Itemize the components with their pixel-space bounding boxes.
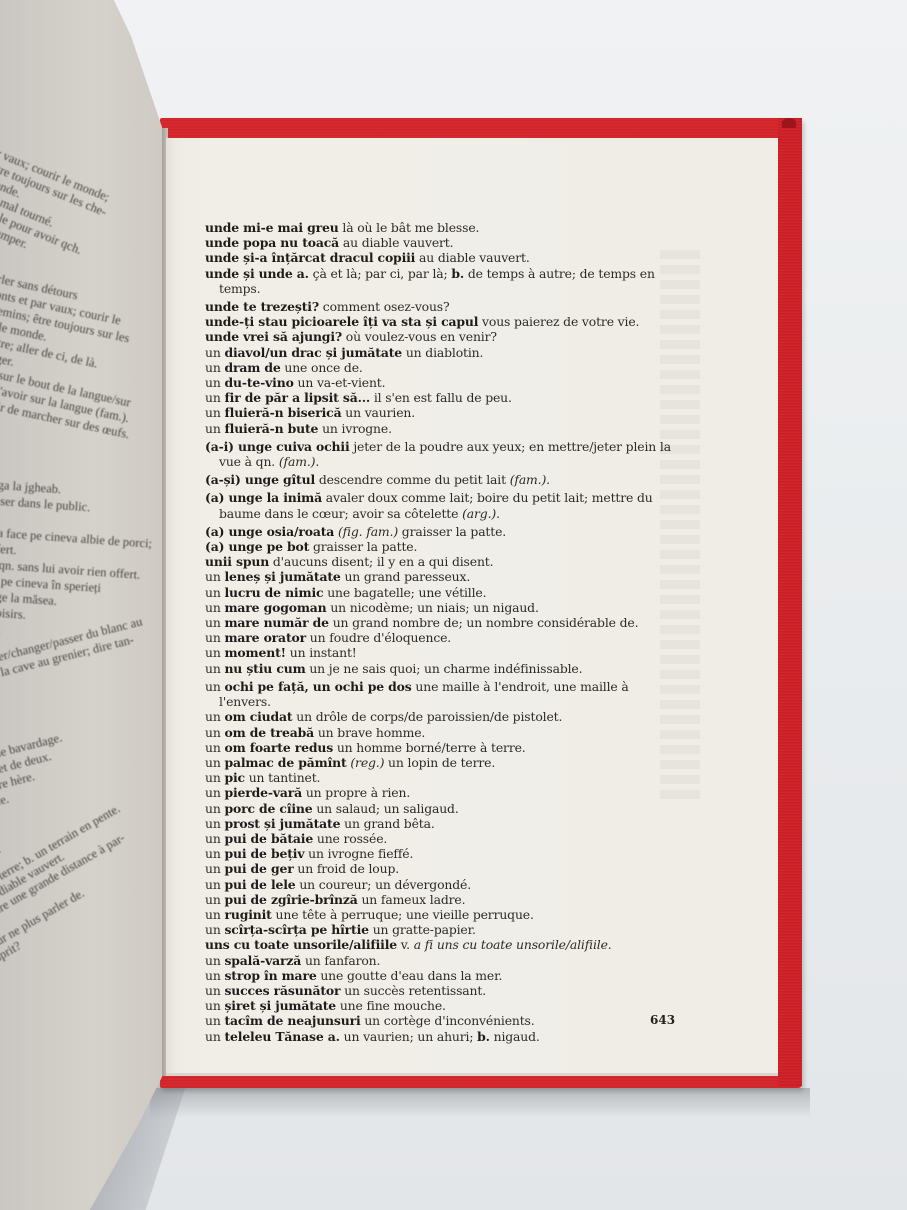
entry-headword: mare număr de — [224, 615, 328, 630]
entry-prefix: un — [205, 679, 224, 694]
dictionary-entry: un pui de bețiv un ivrogne fieffé. — [205, 846, 675, 861]
dictionary-entry: (a) unge pe bot graisser la patte. — [205, 539, 675, 554]
entry-headword: om de treabă — [224, 725, 314, 740]
dictionary-entry: un pierde-vară un propre à rien. — [205, 785, 675, 800]
entry-prefix: un — [205, 846, 224, 861]
dictionary-entry: un ochi pe față, un ochi pe dos une mail… — [205, 679, 675, 709]
entry-prefix: un — [205, 1029, 224, 1044]
entry-headword: (a) unge pe bot — [205, 539, 309, 554]
dictionary-entry: unde-ți stau picioarele îți va sta și ca… — [205, 314, 675, 329]
entry-translation: descendre comme du petit lait — [315, 472, 510, 487]
dictionary-entry: un fluieră-n biserică un vaurien. — [205, 405, 675, 420]
entry-translation: une fine mouche. — [336, 998, 446, 1013]
dictionary-entry: un spală-varză un fanfaron. — [205, 953, 675, 968]
entry-headword: pui de bătaie — [224, 831, 313, 846]
entry-prefix: un — [205, 983, 224, 998]
dictionary-entry: un șiret și jumătate une fine mouche. — [205, 998, 675, 1013]
entry-translation: v. — [397, 937, 414, 952]
entry-prefix: un — [205, 953, 224, 968]
entry-prefix: un — [205, 831, 224, 846]
dictionary-entry: un palmac de pămînt (reg.) un lopin de t… — [205, 755, 675, 770]
entry-headword: (a) unge la inimă — [205, 490, 322, 505]
dictionary-entry: uns cu toate unsorile/alifiile v. a fi u… — [205, 937, 675, 952]
dictionary-entry: un dram de une once de. — [205, 360, 675, 375]
entry-translation: un succès retentissant. — [340, 983, 486, 998]
entry-prefix: un — [205, 907, 224, 922]
dictionary-entry: un fluieră-n bute un ivrogne. — [205, 421, 675, 436]
dictionary-entry: un mare gogoman un nicodème; un niais; u… — [205, 600, 675, 615]
left-page-text: par vaux; courir le monde;; être toujour… — [0, 140, 156, 972]
entry-headword: lucru de nimic — [224, 585, 323, 600]
entry-translation-cont: . — [496, 506, 500, 521]
dictionary-entry: (a) unge la inimă avaler doux comme lait… — [205, 490, 675, 520]
dictionary-entry: un porc de cîine un salaud; un saligaud. — [205, 801, 675, 816]
dictionary-entry: un pic un tantinet. — [205, 770, 675, 785]
entry-headword: succes răsunător — [224, 983, 340, 998]
entry-translation: un vaurien. — [341, 405, 415, 420]
entry-prefix: un — [205, 421, 224, 436]
entry-usage-label: a fi uns cu toate unsorile/alifiile — [414, 937, 608, 952]
dictionary-entry: un mare orator un foudre d'éloquence. — [205, 630, 675, 645]
dictionary-entry: un prost și jumătate un grand bêta. — [205, 816, 675, 831]
entry-translation-cont: . — [315, 454, 319, 469]
entry-translation-cont: . — [546, 472, 550, 487]
entry-translation: un va-et-vient. — [294, 375, 386, 390]
entry-headword: mare gogoman — [224, 600, 326, 615]
dictionary-entry: unde și unde a. çà et là; par ci, par là… — [205, 266, 675, 296]
entry-headword: (a-și) unge gîtul — [205, 472, 315, 487]
entry-translation-cont: nigaud. — [490, 1029, 540, 1044]
entry-prefix: un — [205, 360, 224, 375]
entry-usage-label: (reg.) — [350, 755, 384, 770]
entry-translation: une once de. — [281, 360, 363, 375]
entry-headword: tacîm de neajunsuri — [224, 1013, 360, 1028]
entry-prefix: un — [205, 785, 224, 800]
dictionary-entry: unii spun d'aucuns disent; il y en a qui… — [205, 554, 675, 569]
entry-headword: unde te trezești? — [205, 299, 319, 314]
dictionary-entry: un pui de bătaie une rossée. — [205, 831, 675, 846]
entry-translation: une tête à perruque; une vieille perruqu… — [272, 907, 534, 922]
dictionary-entry: un diavol/un drac și jumătate un diablot… — [205, 345, 675, 360]
entry-translation-cont: graisser la patte. — [398, 524, 506, 539]
entry-headword: pui de ger — [224, 861, 293, 876]
entry-usage-label: (fam.) — [510, 472, 546, 487]
dictionary-entries: unde mi-e mai greu là où le bât me bless… — [205, 220, 675, 1044]
entry-headword: pic — [224, 770, 244, 785]
entry-headword: om ciudat — [224, 709, 292, 724]
entry-headword: șiret și jumătate — [224, 998, 336, 1013]
entry-headword: pui de lele — [224, 877, 295, 892]
entry-translation-cont: un lopin de terre. — [384, 755, 495, 770]
entry-headword: spală-varză — [224, 953, 301, 968]
entry-headword: uns cu toate unsorile/alifiile — [205, 937, 397, 952]
dictionary-entry: un moment! un instant! — [205, 645, 675, 660]
entry-headword: teleleu Tănase a. — [224, 1029, 339, 1044]
entry-translation: un nicodème; un niais; un nigaud. — [327, 600, 539, 615]
dictionary-entry: unde popa nu toacă au diable vauvert. — [205, 235, 675, 250]
entry-prefix: un — [205, 615, 224, 630]
dictionary-entry: un pui de zgîrie-brînză un fameux ladre. — [205, 892, 675, 907]
dictionary-entry: un om de treabă un brave homme. — [205, 725, 675, 740]
entry-prefix: un — [205, 630, 224, 645]
entry-translation: une rossée. — [313, 831, 387, 846]
entry-prefix: un — [205, 709, 224, 724]
entry-prefix: un — [205, 661, 224, 676]
entry-headword: fluieră-n biserică — [224, 405, 341, 420]
dictionary-entry: un fir de păr a lipsit să... il s'en est… — [205, 390, 675, 405]
entry-translation: un grand paresseux. — [341, 569, 470, 584]
entry-prefix: un — [205, 375, 224, 390]
dictionary-entry: un succes răsunător un succès retentissa… — [205, 983, 675, 998]
entry-headword: pierde-vară — [224, 785, 302, 800]
entry-usage-label: (fam.) — [279, 454, 315, 469]
entry-prefix: un — [205, 1013, 224, 1028]
entry-translation: il s'en est fallu de peu. — [370, 390, 512, 405]
book-cover-edge — [778, 118, 802, 1086]
entry-headword: unde și unde a. — [205, 266, 309, 281]
entry-translation: vous paierez de votre vie. — [478, 314, 639, 329]
entry-headword: om foarte redus — [224, 740, 333, 755]
entry-translation: un fanfaron. — [301, 953, 380, 968]
entry-headword: nu știu cum — [224, 661, 305, 676]
entry-translation: un tantinet. — [245, 770, 320, 785]
entry-headword: moment! — [224, 645, 286, 660]
entry-prefix: un — [205, 770, 224, 785]
dictionary-entry: unde mi-e mai greu là où le bât me bless… — [205, 220, 675, 235]
entry-headword: diavol/un drac și jumătate — [224, 345, 402, 360]
dictionary-entry: unde vrei să ajungi? où voulez-vous en v… — [205, 329, 675, 344]
dictionary-entry: (a) unge osia/roata (fig. fam.) graisser… — [205, 524, 675, 539]
entry-headword: ochi pe față, un ochi pe dos — [224, 679, 411, 694]
entry-headword: leneș și jumătate — [224, 569, 340, 584]
entry-translation: un grand nombre de; un nombre considérab… — [329, 615, 638, 630]
dictionary-entry: un mare număr de un grand nombre de; un … — [205, 615, 675, 630]
dictionary-entry: un nu știu cum un je ne sais quoi; un ch… — [205, 661, 675, 676]
entry-prefix: un — [205, 345, 224, 360]
entry-headword: unii spun — [205, 554, 269, 569]
entry-prefix: un — [205, 801, 224, 816]
entry-headword: unde popa nu toacă — [205, 235, 339, 250]
dictionary-entry: unde te trezești? comment osez-vous? — [205, 299, 675, 314]
entry-headword: fluieră-n bute — [224, 421, 318, 436]
entry-translation: un drôle de corps/de paroissien/de pisto… — [292, 709, 562, 724]
entry-headword: unde vrei să ajungi? — [205, 329, 342, 344]
entry-headword: dram de — [224, 360, 280, 375]
entry-prefix: un — [205, 968, 224, 983]
dictionary-entry: un lucru de nimic une bagatelle; une vét… — [205, 585, 675, 600]
entry-headword: (a-i) unge cuiva ochii — [205, 439, 350, 454]
dictionary-entry: un om ciudat un drôle de corps/de parois… — [205, 709, 675, 724]
entry-prefix: un — [205, 755, 224, 770]
entry-usage-label: (fig. fam.) — [338, 524, 398, 539]
dictionary-entry: un du-te-vino un va-et-vient. — [205, 375, 675, 390]
cover-corner — [782, 118, 796, 128]
entry-prefix: un — [205, 405, 224, 420]
entry-translation: un grand bêta. — [340, 816, 434, 831]
entry-headword: ruginit — [224, 907, 271, 922]
entry-translation: un foudre d'éloquence. — [306, 630, 451, 645]
entry-translation: une bagatelle; une vétille. — [323, 585, 486, 600]
entry-translation: une goutte d'eau dans la mer. — [317, 968, 503, 983]
entry-headword: scîrța-scîrța pe hîrtie — [224, 922, 368, 937]
entry-translation: un brave homme. — [314, 725, 425, 740]
entry-translation: un fameux ladre. — [358, 892, 466, 907]
entry-translation: un vaurien; un ahuri; — [340, 1029, 477, 1044]
entry-headword: (a) unge osia/roata — [205, 524, 334, 539]
entry-prefix: un — [205, 998, 224, 1013]
entry-translation: au diable vauvert. — [415, 250, 529, 265]
entry-prefix: un — [205, 725, 224, 740]
entry-prefix: un — [205, 892, 224, 907]
entry-prefix: un — [205, 877, 224, 892]
dictionary-entry: un pui de ger un froid de loup. — [205, 861, 675, 876]
entry-translation: comment osez-vous? — [319, 299, 450, 314]
entry-headword: fir de păr a lipsit să... — [224, 390, 370, 405]
dictionary-entry: (a-și) unge gîtul descendre comme du pet… — [205, 472, 675, 487]
dictionary-entry: unde și-a înțărcat dracul copiii au diab… — [205, 250, 675, 265]
entry-prefix: un — [205, 816, 224, 831]
entry-prefix: un — [205, 645, 224, 660]
entry-prefix: un — [205, 390, 224, 405]
entry-headword: pui de zgîrie-brînză — [224, 892, 357, 907]
entry-headword: strop în mare — [224, 968, 316, 983]
dictionary-entry: (a-i) unge cuiva ochii jeter de la poudr… — [205, 439, 675, 469]
dictionary-entry: un om foarte redus un homme borné/terre … — [205, 740, 675, 755]
entry-prefix: un — [205, 861, 224, 876]
dictionary-entry: un teleleu Tănase a. un vaurien; un ahur… — [205, 1029, 675, 1044]
entry-prefix: un — [205, 922, 224, 937]
entry-headword: palmac de pămînt — [224, 755, 346, 770]
entry-sense-marker: b. — [451, 266, 464, 281]
entry-headword: prost și jumătate — [224, 816, 340, 831]
entry-translation: au diable vauvert. — [339, 235, 453, 250]
entry-translation: un propre à rien. — [302, 785, 410, 800]
entry-translation: un cortège d'inconvénients. — [361, 1013, 535, 1028]
dictionary-entry: un scîrța-scîrța pe hîrtie un gratte-pap… — [205, 922, 675, 937]
dictionary-entry: un pui de lele un coureur; un dévergondé… — [205, 877, 675, 892]
left-page-curled: par vaux; courir le monde;; être toujour… — [0, 0, 162, 1210]
entry-headword: unde și-a înțărcat dracul copiii — [205, 250, 415, 265]
book-shadow — [150, 1088, 810, 1118]
entry-translation: un salaud; un saligaud. — [313, 801, 459, 816]
entry-prefix: un — [205, 600, 224, 615]
entry-headword: unde mi-e mai greu — [205, 220, 339, 235]
entry-translation: d'aucuns disent; il y en a qui disent. — [269, 554, 493, 569]
dictionary-entry: un leneș și jumătate un grand paresseux. — [205, 569, 675, 584]
entry-translation: là où le bât me blesse. — [339, 220, 480, 235]
entry-translation: graisser la patte. — [309, 539, 417, 554]
entry-translation: un ivrogne fieffé. — [304, 846, 413, 861]
entry-translation: un gratte-papier. — [369, 922, 476, 937]
entry-sense-marker: b. — [477, 1029, 490, 1044]
entry-translation: un homme borné/terre à terre. — [333, 740, 526, 755]
entry-translation: un instant! — [286, 645, 357, 660]
entry-prefix: un — [205, 585, 224, 600]
page-number: 643 — [650, 1013, 675, 1027]
entry-prefix: un — [205, 740, 224, 755]
entry-headword: mare orator — [224, 630, 306, 645]
entry-translation-cont: . — [608, 937, 612, 952]
entry-translation: çà et là; par ci, par là; — [309, 266, 451, 281]
entry-translation: un je ne sais quoi; un charme indéfiniss… — [306, 661, 583, 676]
entry-headword: pui de bețiv — [224, 846, 304, 861]
entry-translation: où voulez-vous en venir? — [342, 329, 497, 344]
dictionary-entry: un strop în mare une goutte d'eau dans l… — [205, 968, 675, 983]
entry-headword: unde-ți stau picioarele îți va sta și ca… — [205, 314, 478, 329]
entry-translation: un froid de loup. — [294, 861, 399, 876]
dictionary-entry: un tacîm de neajunsuri un cortège d'inco… — [205, 1013, 675, 1028]
page-edge — [166, 1073, 778, 1076]
entry-translation: un coureur; un dévergondé. — [296, 877, 471, 892]
entry-translation: un ivrogne. — [318, 421, 392, 436]
entry-translation: un diablotin. — [402, 345, 483, 360]
entry-headword: porc de cîine — [224, 801, 312, 816]
entry-headword: du-te-vino — [224, 375, 293, 390]
entry-prefix: un — [205, 569, 224, 584]
dictionary-entry: un ruginit une tête à perruque; une viei… — [205, 907, 675, 922]
entry-usage-label: (arg.) — [462, 506, 496, 521]
